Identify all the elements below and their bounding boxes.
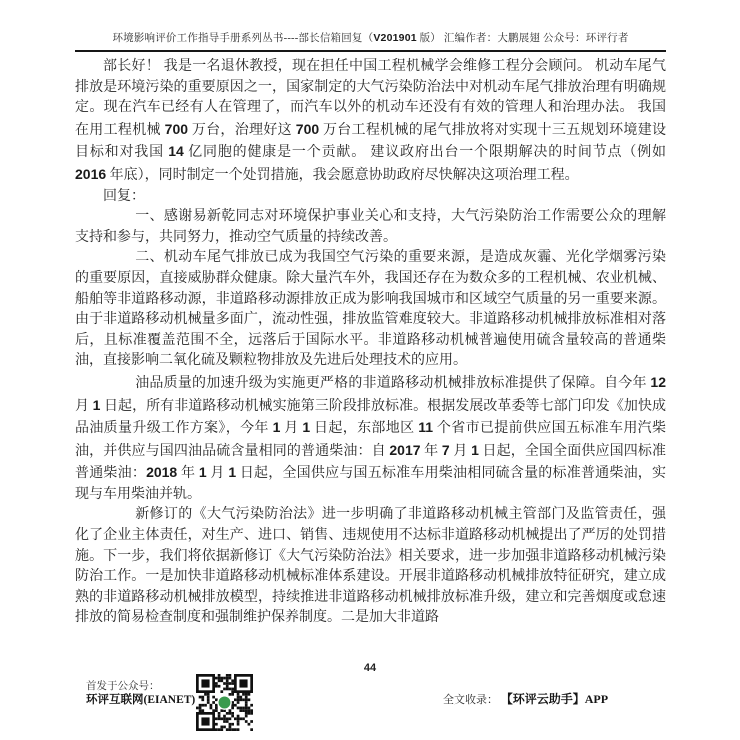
header-title: 环境影响评价工作指导手册系列丛书----部长信箱回复（V201901 版） 汇编… bbox=[112, 33, 628, 44]
footer-collection-app: 【环评云助手】APP bbox=[501, 692, 608, 706]
footer-app-note: 全文收录： 【环评云助手】APP bbox=[443, 690, 608, 707]
document-body: 部长好！ 我是一名退休教授，现在担任中国工程机械学会维修工程分会顾问。 机动车尾… bbox=[75, 57, 666, 629]
qr-code-svg bbox=[196, 674, 253, 731]
footer-publisher-line1: 首发于公众号： bbox=[86, 680, 195, 694]
paragraph-letter: 部长好！ 我是一名退休教授，现在担任中国工程机械学会维修工程分会顾问。 机动车尾… bbox=[75, 57, 666, 187]
paragraph-reply-2: 二、机动车尾气排放已成为我国空气污染的重要来源，是造成灰霾、光化学烟雾污染的重要… bbox=[75, 248, 666, 372]
paragraph-reply-3: 油品质量的加速升级为实施更严格的非道路移动机械排放标准提供了保障。自今年 12 … bbox=[75, 372, 666, 506]
qr-code-icon bbox=[196, 674, 253, 731]
footer-publisher-line2: 环评互联网(EIANET) bbox=[86, 694, 195, 708]
footer-collection-prefix: 全文收录： bbox=[443, 694, 501, 706]
page-number: 44 bbox=[0, 662, 740, 674]
document-page: 环境影响评价工作指导手册系列丛书----部长信箱回复（V201901 版） 汇编… bbox=[0, 0, 740, 740]
paragraph-reply-1: 一、感谢易新乾同志对环境保护事业关心和支持，大气污染防治工作需要公众的理解支持和… bbox=[75, 207, 666, 248]
paragraph-reply-4: 新修订的《大气污染防治法》进一步明确了非道路移动机械主管部门及监管责任，强化了企… bbox=[75, 505, 666, 629]
paragraph-reply-label: 回复： bbox=[75, 187, 666, 208]
page-header: 环境影响评价工作指导手册系列丛书----部长信箱回复（V201901 版） 汇编… bbox=[75, 30, 666, 52]
footer-publisher: 首发于公众号： 环评互联网(EIANET) bbox=[86, 680, 195, 707]
